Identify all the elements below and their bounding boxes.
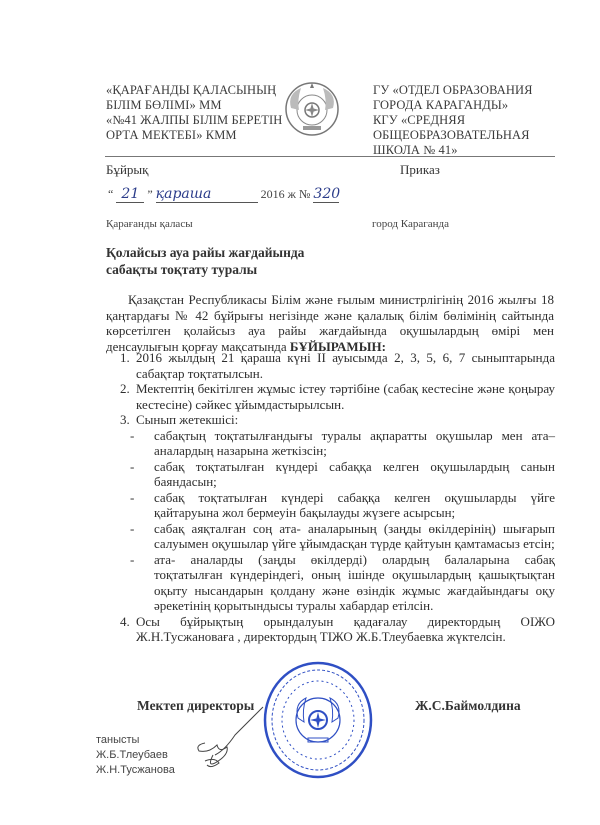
quote-open: “ bbox=[108, 187, 113, 201]
order-month: қараша bbox=[156, 186, 258, 203]
header-left-line: «ҚАРАҒАНДЫ ҚАЛАСЫНЫҢ bbox=[106, 83, 306, 98]
sub-dash: - bbox=[130, 552, 154, 614]
header-right-line: ГУ «ОТДЕЛ ОБРАЗОВАНИЯ bbox=[373, 83, 573, 98]
signature-name: Ж.С.Баймолдина bbox=[415, 698, 521, 714]
familiarized-block: танысты Ж.Б.Тлеубаев Ж.Н.Тусжанова bbox=[96, 733, 175, 778]
header-left-line: БІЛІМ БӨЛІМІ» ММ bbox=[106, 98, 306, 113]
header-left-line: ОРТА МЕКТЕБІ» КММ bbox=[106, 128, 306, 143]
sub-dash: - bbox=[130, 459, 154, 490]
sub-text: ата- аналарды (заңды өкілдерді) олардың … bbox=[154, 552, 555, 614]
school-round-seal-icon bbox=[262, 660, 374, 780]
city-kz: Қарағанды қаласы bbox=[106, 218, 193, 230]
sub-item: - ата- аналарды (заңды өкілдерді) оларды… bbox=[120, 552, 555, 614]
header-left-line: «№41 ЖАЛПЫ БІЛІМ БЕРЕТІН bbox=[106, 113, 306, 128]
title-line: сабақты тоқтату туралы bbox=[106, 261, 304, 278]
item-number: 1. bbox=[120, 350, 136, 381]
item-number: 4. bbox=[120, 614, 136, 645]
sub-item: - сабақ аяқталған соң ата- аналарының (з… bbox=[120, 521, 555, 552]
order-year: 2016 ж bbox=[261, 187, 296, 201]
sub-text: сабақтың тоқтатылғандығы туралы ақпаратт… bbox=[154, 428, 555, 459]
quote-close: ” bbox=[147, 187, 152, 201]
familiarized-label: танысты bbox=[96, 733, 175, 748]
item-number: 2. bbox=[120, 381, 136, 412]
item-number: 3. bbox=[120, 412, 136, 428]
item-text: Сынып жетекшісі: bbox=[136, 412, 555, 428]
kazakhstan-state-emblem-icon bbox=[283, 80, 341, 138]
order-date-row: “ 21 ” қараша 2016 ж № 320 bbox=[108, 186, 339, 203]
sub-dash: - bbox=[130, 428, 154, 459]
order-number-label: № bbox=[299, 187, 310, 201]
familiarized-name: Ж.Б.Тлеубаев bbox=[96, 748, 175, 763]
header-right-ru: ГУ «ОТДЕЛ ОБРАЗОВАНИЯ ГОРОДА КАРАГАНДЫ» … bbox=[373, 83, 573, 158]
sub-dash: - bbox=[130, 490, 154, 521]
intro-paragraph: Қазақстан Республикасы Білім және ғылым … bbox=[106, 292, 554, 354]
order-items: 1. 2016 жылдың 21 қараша күні ІІ ауысымд… bbox=[120, 350, 555, 645]
order-number: 320 bbox=[313, 186, 339, 203]
order-day: 21 bbox=[116, 186, 144, 203]
order-label-kz: Бұйрық bbox=[106, 162, 148, 178]
header-right-line: ГОРОДА КАРАГАНДЫ» bbox=[373, 98, 573, 113]
director-signature bbox=[185, 705, 265, 775]
header-right-line: ОБЩЕОБРАЗОВАТЕЛЬНАЯ bbox=[373, 128, 573, 143]
signature-position: Мектеп директоры bbox=[137, 698, 254, 714]
title-line: Қолайсыз ауа райы жағдайында bbox=[106, 244, 304, 261]
city-ru: город Караганда bbox=[372, 218, 449, 230]
header-divider bbox=[105, 156, 555, 157]
item-text: Осы бұйрықтың орындалуын қадағалау дирек… bbox=[136, 614, 555, 645]
item-text: Мектептің бекітілген жұмыс істеу тәртібі… bbox=[136, 381, 555, 412]
sub-item: - сабақ тоқтатылған күндері сабаққа келг… bbox=[120, 490, 555, 521]
sub-dash: - bbox=[130, 521, 154, 552]
list-item: 2. Мектептің бекітілген жұмыс істеу тәрт… bbox=[120, 381, 555, 412]
header-left-kz: «ҚАРАҒАНДЫ ҚАЛАСЫНЫҢ БІЛІМ БӨЛІМІ» ММ «№… bbox=[106, 83, 306, 143]
sub-text: сабақ тоқтатылған күндері сабаққа келген… bbox=[154, 490, 555, 521]
order-title: Қолайсыз ауа райы жағдайында сабақты тоқ… bbox=[106, 244, 304, 278]
sub-item: - сабақтың тоқтатылғандығы туралы ақпара… bbox=[120, 428, 555, 459]
order-label-ru: Приказ bbox=[400, 162, 440, 178]
sub-text: сабақ аяқталған соң ата- аналарының (заң… bbox=[154, 521, 555, 552]
list-item: 4. Осы бұйрықтың орындалуын қадағалау ди… bbox=[120, 614, 555, 645]
sub-item: - сабақ тоқтатылған күндері сабаққа келг… bbox=[120, 459, 555, 490]
familiarized-name: Ж.Н.Тусжанова bbox=[96, 763, 175, 778]
header-right-line: КГУ «СРЕДНЯЯ bbox=[373, 113, 573, 128]
list-item: 1. 2016 жылдың 21 қараша күні ІІ ауысымд… bbox=[120, 350, 555, 381]
sub-text: сабақ тоқтатылған күндері сабаққа келген… bbox=[154, 459, 555, 490]
item-text: 2016 жылдың 21 қараша күні ІІ ауысымда 2… bbox=[136, 350, 555, 381]
list-item: 3. Сынып жетекшісі: bbox=[120, 412, 555, 428]
